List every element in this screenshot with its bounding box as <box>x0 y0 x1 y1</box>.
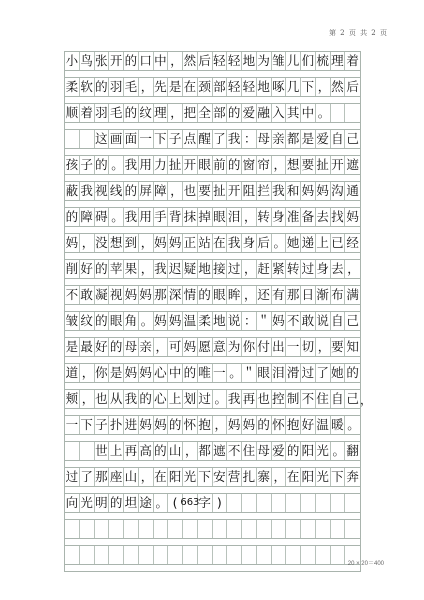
grid-cell: 上 <box>168 390 183 408</box>
grid-cell: 先 <box>154 78 169 96</box>
grid-cell: 暖 <box>331 416 346 434</box>
grid-row: 孩子的。我用力扯开眼前的窗帘，想要扯开遮 <box>65 155 360 175</box>
grid-cell: 抹 <box>183 208 198 226</box>
grid-row: 柔软的羽毛，先是在颈部轻轻地啄几下，然后 <box>65 77 360 97</box>
grid-cell: 站 <box>198 234 213 252</box>
grid-cell: 过 <box>198 390 213 408</box>
grid-cell: 向 <box>65 494 80 512</box>
grid-cell: 好 <box>80 260 95 278</box>
grid-cell: 纹 <box>139 104 154 122</box>
grid-row: 世上再高的山，都遮不住母爱的阳光。翻 <box>65 441 360 461</box>
grid-cell: 付 <box>257 338 272 356</box>
grid-cell: 山 <box>124 468 139 486</box>
grid-cell: 抱 <box>286 416 301 434</box>
grid-cell <box>286 546 301 564</box>
grid-cell: 我 <box>227 390 242 408</box>
grid-cell <box>301 520 316 538</box>
grid-cell: 世 <box>95 442 110 460</box>
grid-cell: 和 <box>286 182 301 200</box>
grid-cell: 要 <box>198 182 213 200</box>
grid-cell: ， <box>80 390 95 408</box>
page-indicator: 第 2 页 共 2 页 <box>329 28 388 38</box>
grid-cell: 遮 <box>213 442 228 460</box>
grid-cell: ， <box>316 338 331 356</box>
grid-cell: ＂ <box>257 312 272 330</box>
grid-cell: 想 <box>286 156 301 174</box>
grid-cell: 滑 <box>286 364 301 382</box>
grid-cell: 开 <box>331 156 346 174</box>
grid-cell <box>301 546 316 564</box>
grid-cell: 备 <box>301 208 316 226</box>
grid-cell: 的 <box>95 260 110 278</box>
grid-cell: 上 <box>316 234 331 252</box>
grid-cell: 再 <box>242 390 257 408</box>
grid-cell <box>227 546 242 564</box>
grid-row: 顺着羽毛的纹理，把全部的爱融入其中。 <box>65 103 360 123</box>
grid-cell: 张 <box>95 52 110 70</box>
grid-cell: 一 <box>139 130 154 148</box>
grid-cell: 掉 <box>198 208 213 226</box>
grid-cell: 苹 <box>109 260 124 278</box>
grid-cell: 。 <box>227 364 242 382</box>
grid-cell: 地 <box>213 312 228 330</box>
grid-cell: 安 <box>213 468 228 486</box>
grid-cell: 泪 <box>272 364 287 382</box>
grid-cell: 凝 <box>95 286 110 304</box>
grid-cell: 还 <box>257 286 272 304</box>
grid-cell: 然 <box>331 78 346 96</box>
grid-cell: 面 <box>124 130 139 148</box>
grid-cell: ， <box>168 52 183 70</box>
overflow-punctuation: ， <box>360 391 372 408</box>
grid-cell: 已 <box>331 234 346 252</box>
grid-cell: 不 <box>227 442 242 460</box>
grid-cell: 鸟 <box>80 52 95 70</box>
grid-cell: 障 <box>154 182 169 200</box>
grid-cell: 的 <box>109 338 124 356</box>
grid-cell: 心 <box>154 390 169 408</box>
grid-cell: 在 <box>213 234 228 252</box>
grid-cell: 座 <box>109 468 124 486</box>
grid-cell: 紧 <box>272 260 287 278</box>
grid-cell: 雏 <box>272 52 287 70</box>
grid-cell: 意 <box>213 338 228 356</box>
grid-cell: 理 <box>331 52 346 70</box>
grid-cell: 最 <box>80 338 95 356</box>
grid-cell: 的 <box>124 104 139 122</box>
grid-cell: 敢 <box>80 286 95 304</box>
grid-cell: 心 <box>154 364 169 382</box>
grid-cell <box>124 520 139 538</box>
grid-cell: ， <box>272 468 287 486</box>
grid-cell: 转 <box>286 260 301 278</box>
grid-cell: 是 <box>168 78 183 96</box>
grid-cell: 扑 <box>109 416 124 434</box>
grid-cell: 翻 <box>345 442 360 460</box>
grid-cell: 入 <box>272 104 287 122</box>
grid-cell: 开 <box>183 156 198 174</box>
grid-cell: 视 <box>109 286 124 304</box>
grid-cell: 日 <box>301 286 316 304</box>
grid-cell: 找 <box>331 208 346 226</box>
grid-cell: 这 <box>95 130 110 148</box>
grid-cell <box>65 546 80 564</box>
grid-cell <box>80 130 95 148</box>
grid-cell: 663 <box>183 494 198 512</box>
grid-cell: 背 <box>168 208 183 226</box>
grid-cell <box>80 520 95 538</box>
grid-cell <box>139 520 154 538</box>
grid-cell: 中 <box>301 104 316 122</box>
grid-cell: 妈 <box>183 338 198 356</box>
grid-row: 颊，也从我的心上划过。我再也控制不住自己 <box>65 389 360 409</box>
grid-cell <box>109 520 124 538</box>
grid-cell: 子 <box>168 130 183 148</box>
grid-cell <box>227 494 242 512</box>
grid-cell: 的 <box>257 416 272 434</box>
grid-cell: 过 <box>227 260 242 278</box>
grid-cell: 小 <box>65 52 80 70</box>
grid-cell: 递 <box>301 234 316 252</box>
grid-cell: 你 <box>95 364 110 382</box>
grid-cell <box>154 520 169 538</box>
grid-cell: 过 <box>65 468 80 486</box>
grid-cell: 线 <box>109 182 124 200</box>
grid-cell: 果 <box>124 260 139 278</box>
grid-cell: 没 <box>95 234 110 252</box>
grid-cell: 阳 <box>301 442 316 460</box>
grid-cell: 怀 <box>272 416 287 434</box>
grid-cell: 软 <box>80 78 95 96</box>
grid-cell: 在 <box>183 78 198 96</box>
grid-cell <box>139 546 154 564</box>
grid-cell: 好 <box>301 416 316 434</box>
grid-cell: ， <box>213 416 228 434</box>
grid-cell: 爱 <box>316 130 331 148</box>
grid-cell: 我 <box>124 390 139 408</box>
grid-cell: 可 <box>168 338 183 356</box>
grid-cell <box>95 520 110 538</box>
grid-cell <box>109 546 124 564</box>
grid-cell: 那 <box>154 286 169 304</box>
grid-cell: ， <box>242 260 257 278</box>
grid-cell: 下 <box>80 416 95 434</box>
grid-cell: 高 <box>139 442 154 460</box>
grid-cell: ， <box>139 78 154 96</box>
grid-cell: 再 <box>124 442 139 460</box>
grid-cell: 一 <box>286 338 301 356</box>
grid-cell: 削 <box>65 260 80 278</box>
grid-cell <box>65 520 80 538</box>
grid-cell: 子 <box>80 156 95 174</box>
grid-cell: ， <box>139 234 154 252</box>
grid-cell: 我 <box>227 234 242 252</box>
grid-row: 皱纹的眼角。妈妈温柔地说：＂妈不敢说自己 <box>65 311 360 331</box>
grid-cell: 理 <box>154 104 169 122</box>
grid-cell <box>168 520 183 538</box>
grid-cell <box>272 520 287 538</box>
grid-cell: ： <box>242 130 257 148</box>
grid-cell <box>183 546 198 564</box>
grid-cell: 羽 <box>109 78 124 96</box>
grid-cell: 妈 <box>301 182 316 200</box>
grid-cell: 我 <box>227 130 242 148</box>
grid-cell <box>80 442 95 460</box>
grid-cell: 为 <box>257 52 272 70</box>
grid-cell: 一 <box>213 364 228 382</box>
grid-cell: 妈 <box>139 416 154 434</box>
grid-cell: 扯 <box>168 156 183 174</box>
grid-cell: 下 <box>301 78 316 96</box>
grid-cell: 正 <box>183 234 198 252</box>
grid-cell <box>331 104 346 122</box>
grid-cell <box>257 546 272 564</box>
grid-cell: 去 <box>316 208 331 226</box>
grid-cell: 视 <box>95 182 110 200</box>
grid-cell: 顺 <box>65 104 80 122</box>
grid-cell: 妈 <box>242 416 257 434</box>
grid-cell: 中 <box>154 52 169 70</box>
grid-cell: 住 <box>316 390 331 408</box>
grid-cell: 的 <box>154 442 169 460</box>
grid-cell: 她 <box>331 364 346 382</box>
grid-cell: ， <box>80 364 95 382</box>
grid-cell: 下 <box>331 468 346 486</box>
row-gap <box>65 565 360 571</box>
grid-cell: 轻 <box>227 78 242 96</box>
grid-cell: 坦 <box>124 494 139 512</box>
grid-cell: 划 <box>183 390 198 408</box>
grid-cell: 扎 <box>242 468 257 486</box>
grid-cell: 妈 <box>124 286 139 304</box>
grid-row: 不敢凝视妈妈那深情的眼眸，还有那日渐布满 <box>65 285 360 305</box>
grid-cell: 己 <box>345 390 360 408</box>
grid-cell: 迟 <box>168 260 183 278</box>
grid-cell: 抱 <box>198 416 213 434</box>
grid-cell: 明 <box>95 494 110 512</box>
grid-cell: 地 <box>198 260 213 278</box>
grid-row: 这画面一下子点醒了我：母亲都是爱自己 <box>65 129 360 149</box>
grid-cell: 在 <box>286 468 301 486</box>
grid-cell: 的 <box>183 364 198 382</box>
grid-cell: 拦 <box>257 182 272 200</box>
grid-cell: 从 <box>109 390 124 408</box>
grid-cell: 的 <box>345 364 360 382</box>
grid-cell: 下 <box>198 468 213 486</box>
grid-cell: 那 <box>286 286 301 304</box>
grid-cell: 寨 <box>257 468 272 486</box>
grid-cell: 经 <box>345 234 360 252</box>
grid-cell: 的 <box>227 156 242 174</box>
grid-cell: ＂ <box>242 364 257 382</box>
grid-cell: 。 <box>316 104 331 122</box>
grid-cell: 为 <box>227 338 242 356</box>
grid-cell <box>316 546 331 564</box>
grid-cell: 也 <box>95 390 110 408</box>
grid-cell: 融 <box>257 104 272 122</box>
grid-cell: 不 <box>301 390 316 408</box>
grid-cell: 了 <box>213 130 228 148</box>
grid-cell: 温 <box>316 416 331 434</box>
grid-cell: 眼 <box>109 312 124 330</box>
grid-cell: 转 <box>257 208 272 226</box>
grid-cell: 温 <box>183 312 198 330</box>
grid-cell: 母 <box>124 338 139 356</box>
grid-cell: 口 <box>139 52 154 70</box>
grid-cell: 妈 <box>154 312 169 330</box>
grid-cell: 了 <box>316 364 331 382</box>
grid-cell: 情 <box>183 286 198 304</box>
grid-cell: 皱 <box>65 312 80 330</box>
grid-cell: 妈 <box>168 312 183 330</box>
grid-cell: ， <box>154 338 169 356</box>
grid-cell: 满 <box>345 286 360 304</box>
grid-cell: 把 <box>183 104 198 122</box>
grid-cell <box>301 494 316 512</box>
grid-cell: 用 <box>139 156 154 174</box>
grid-cell: 妈 <box>154 234 169 252</box>
grid-cell: 有 <box>272 286 287 304</box>
grid-cell: 自 <box>331 130 346 148</box>
grid-cell: 她 <box>286 234 301 252</box>
grid-cell: 开 <box>109 52 124 70</box>
grid-cell: 控 <box>272 390 287 408</box>
grid-row: 削好的苹果，我迟疑地接过，赶紧转过身去， <box>65 259 360 279</box>
grid-cell: 后 <box>345 78 360 96</box>
grid-cell: 下 <box>154 130 169 148</box>
grid-row <box>65 519 360 539</box>
grid-cell: 妈 <box>227 416 242 434</box>
grid-cell: 屏 <box>139 182 154 200</box>
grid-cell: 爱 <box>272 442 287 460</box>
grid-cell: 妈 <box>139 364 154 382</box>
grid-cell: 我 <box>272 182 287 200</box>
grid-cell: 营 <box>227 468 242 486</box>
grid-cell <box>345 520 360 538</box>
grid-cell: 亲 <box>272 130 287 148</box>
grid-cell: 过 <box>301 260 316 278</box>
grid-cell: 的 <box>95 156 110 174</box>
grid-cell: 的 <box>139 390 154 408</box>
grid-cell: 不 <box>65 286 80 304</box>
grid-cell: 的 <box>286 442 301 460</box>
grid-row: 过了那座山，在阳光下安营扎寨，在阳光下奔 <box>65 467 360 487</box>
grid-cell <box>65 442 80 460</box>
grid-cell: ， <box>183 442 198 460</box>
grid-cell: ， <box>139 260 154 278</box>
grid-cell: 母 <box>257 130 272 148</box>
grid-cell: 想 <box>109 234 124 252</box>
grid-cell: 自 <box>331 390 346 408</box>
grid-cell <box>213 546 228 564</box>
grid-cell: 道 <box>65 364 80 382</box>
grid-cell: 部 <box>213 104 228 122</box>
grid-cell: 阻 <box>242 182 257 200</box>
grid-cell: ) <box>213 494 228 512</box>
grid-cell: 着 <box>80 104 95 122</box>
grid-cell: 全 <box>198 104 213 122</box>
grid-cell: 也 <box>257 390 272 408</box>
grid-cell: 用 <box>139 208 154 226</box>
grid-cell: 颊 <box>65 390 80 408</box>
grid-cell: 孩 <box>65 156 80 174</box>
grid-cell: 身 <box>272 208 287 226</box>
grid-cell: 羽 <box>95 104 110 122</box>
grid-cell <box>257 494 272 512</box>
grid-cell: ， <box>242 286 257 304</box>
grid-row: 是最好的母亲，可妈愿意为你付出一切，要知 <box>65 337 360 357</box>
grid-cell: 愿 <box>198 338 213 356</box>
grid-cell <box>242 546 257 564</box>
grid-cell <box>80 546 95 564</box>
grid-cell: 要 <box>331 338 346 356</box>
grid-cell: ， <box>168 104 183 122</box>
grid-row: 妈，没想到，妈妈正站在我身后。她递上已经 <box>65 233 360 253</box>
grid-cell <box>124 546 139 564</box>
grid-cell: 妈 <box>154 416 169 434</box>
grid-cell: 扯 <box>213 182 228 200</box>
grid-cell: 的 <box>109 494 124 512</box>
grid-row: 的障碍。我用手背抹掉眼泪，转身准备去找妈 <box>65 207 360 227</box>
grid-cell: 妈 <box>316 182 331 200</box>
grid-cell: 眼 <box>213 208 228 226</box>
grid-cell: 光 <box>316 468 331 486</box>
grid-cell: 你 <box>242 338 257 356</box>
grid-cell: 的 <box>124 52 139 70</box>
grid-cell: 奔 <box>345 468 360 486</box>
grid-cell: 轻 <box>242 78 257 96</box>
grid-cell: 山 <box>168 442 183 460</box>
grid-cell: 。 <box>331 442 346 460</box>
grid-cell: 眼 <box>257 364 272 382</box>
grid-cell: 也 <box>183 182 198 200</box>
grid-cell <box>257 520 272 538</box>
grid-cell: 眼 <box>213 286 228 304</box>
grid-cell: 都 <box>198 442 213 460</box>
grid-cell: 知 <box>345 338 360 356</box>
grid-cell: 醒 <box>198 130 213 148</box>
grid-cell: 敢 <box>301 312 316 330</box>
manuscript-grid: 小鸟张开的口中，然后轻轻地为雏儿们梳理着柔软的羽毛，先是在颈部轻轻地啄几下，然后… <box>64 51 361 572</box>
grid-cell: 扯 <box>316 156 331 174</box>
grid-cell <box>316 520 331 538</box>
grid-cell <box>345 494 360 512</box>
grid-cell: 深 <box>168 286 183 304</box>
grid-cell <box>286 494 301 512</box>
grid-cell: 阳 <box>168 468 183 486</box>
grid-cell: 后 <box>257 234 272 252</box>
grid-cell: 光 <box>80 494 95 512</box>
grid-cell: 遮 <box>345 156 360 174</box>
grid-cell: 妈 <box>65 234 80 252</box>
grid-cell <box>242 520 257 538</box>
grid-cell: 。 <box>109 208 124 226</box>
grid-cell: 己 <box>345 312 360 330</box>
grid-cell: 自 <box>331 312 346 330</box>
grid-cell <box>272 494 287 512</box>
grid-cell: 。 <box>109 156 124 174</box>
grid-cell: 那 <box>95 468 110 486</box>
grid-cell: ， <box>316 78 331 96</box>
grid-cell: 颈 <box>198 78 213 96</box>
grid-cell: 都 <box>286 130 301 148</box>
grid-cell <box>198 520 213 538</box>
grid-cell: 途 <box>139 494 154 512</box>
grid-cell: ， <box>139 468 154 486</box>
grid-cell <box>242 494 257 512</box>
grid-cell: 制 <box>286 390 301 408</box>
grid-cell: 几 <box>286 78 301 96</box>
